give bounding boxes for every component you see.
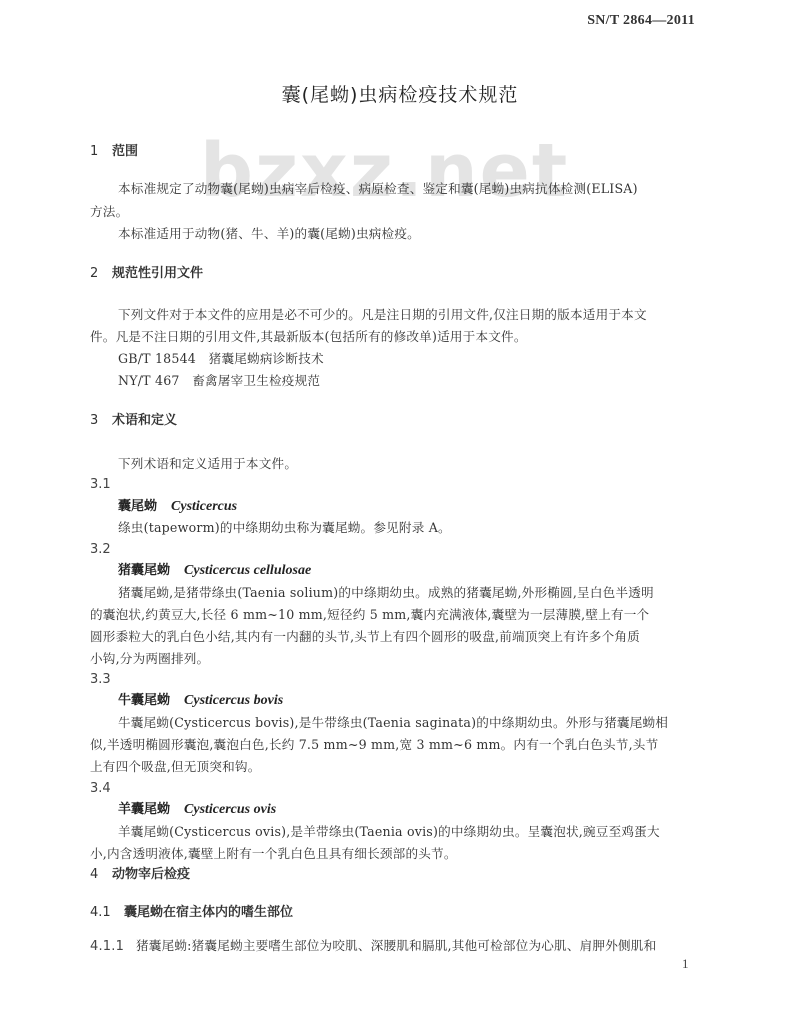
- section-title: 术语和定义: [112, 413, 177, 428]
- reference-item: GB/T 18544 猪囊尾蚴病诊断技术: [118, 350, 324, 368]
- term-number: 3.3: [90, 671, 111, 689]
- paragraph: 本标准适用于动物(猪、牛、羊)的囊(尾蚴)虫病检疫。: [118, 225, 420, 243]
- clause-number: 4.1.1: [90, 938, 136, 956]
- term-latin: Cysticercus cellulosae: [184, 563, 311, 578]
- term-name: 猪囊尾蚴: [118, 563, 170, 578]
- paragraph: 本标准规定了动物囊(尾蚴)虫病宰后检疫、病原检查、鉴定和囊(尾蚴)虫病抗体检测(…: [118, 180, 638, 198]
- term-heading: 囊尾蚴Cysticercus: [118, 498, 237, 516]
- section-title: 范围: [112, 144, 138, 159]
- document-title: 囊(尾蚴)虫病检疫技术规范: [0, 80, 800, 107]
- section-number: 1: [90, 143, 112, 161]
- paragraph: 猪囊尾蚴,是猪带绦虫(Taenia solium)的中绦期幼虫。成熟的猪囊尾蚴,…: [118, 584, 654, 602]
- clause-4-1-1: 4.1.1猪囊尾蚴:猪囊尾蚴主要嗜生部位为咬肌、深腰肌和膈肌,其他可检部位为心肌…: [90, 937, 656, 956]
- section-4-heading: 4动物宰后检疫: [90, 866, 190, 884]
- paragraph: 绦虫(tapeworm)的中绦期幼虫称为囊尾蚴。参见附录 A。: [118, 519, 451, 537]
- page-number: 1: [682, 956, 689, 972]
- reference-code: GB/T 18544: [118, 351, 196, 366]
- section-title: 规范性引用文件: [112, 266, 203, 281]
- term-number: 3.1: [90, 476, 111, 494]
- standard-code: SN/T 2864—2011: [587, 13, 695, 29]
- section-number: 3: [90, 412, 112, 430]
- paragraph: 羊囊尾蚴(Cysticercus ovis),是羊带绦虫(Taenia ovis…: [118, 823, 660, 841]
- section-number: 2: [90, 265, 112, 283]
- term-latin: Cysticercus: [171, 499, 237, 514]
- term-heading: 猪囊尾蚴Cysticercus cellulosae: [118, 562, 311, 580]
- reference-code: NY/T 467: [118, 373, 180, 388]
- section-2-heading: 2规范性引用文件: [90, 265, 203, 283]
- paragraph: 似,半透明椭圆形囊泡,囊泡白色,长约 7.5 mm~9 mm,宽 3 mm~6 …: [90, 736, 658, 754]
- paragraph: 牛囊尾蚴(Cysticercus bovis),是牛带绦虫(Taenia sag…: [118, 714, 668, 732]
- section-title: 动物宰后检疫: [112, 867, 190, 882]
- section-3-heading: 3术语和定义: [90, 412, 177, 430]
- paragraph: 的囊泡状,约黄豆大,长径 6 mm~10 mm,短径约 5 mm,囊内充满液体,…: [90, 606, 649, 624]
- term-heading: 牛囊尾蚴Cysticercus bovis: [118, 692, 283, 710]
- term-latin: Cysticercus bovis: [184, 693, 283, 708]
- paragraph: 小钩,分为两圈排列。: [90, 650, 209, 668]
- term-latin: Cysticercus ovis: [184, 802, 276, 817]
- paragraph: 下列术语和定义适用于本文件。: [118, 455, 297, 473]
- term-heading: 羊囊尾蚴Cysticercus ovis: [118, 801, 276, 819]
- section-1-heading: 1范围: [90, 143, 138, 161]
- reference-title: 猪囊尾蚴病诊断技术: [209, 351, 324, 366]
- section-number: 4: [90, 866, 112, 884]
- subsection-number: 4.1: [90, 904, 124, 922]
- term-number: 3.2: [90, 541, 111, 559]
- paragraph: 件。凡是不注日期的引用文件,其最新版本(包括所有的修改单)适用于本文件。: [90, 328, 527, 346]
- paragraph: 方法。: [90, 203, 128, 221]
- paragraph: 上有四个吸盘,但无顶突和钩。: [90, 758, 261, 776]
- term-name: 囊尾蚴: [118, 499, 157, 514]
- subsection-4-1-heading: 4.1囊尾蚴在宿主体内的嗜生部位: [90, 904, 293, 922]
- term-number: 3.4: [90, 780, 111, 798]
- term-name: 牛囊尾蚴: [118, 693, 170, 708]
- paragraph: 小,内含透明液体,囊壁上附有一个乳白色且具有细长颈部的头节。: [90, 845, 457, 863]
- subsection-title: 囊尾蚴在宿主体内的嗜生部位: [124, 905, 293, 920]
- term-name: 羊囊尾蚴: [118, 802, 170, 817]
- reference-title: 畜禽屠宰卫生检疫规范: [192, 373, 320, 388]
- reference-item: NY/T 467 畜禽屠宰卫生检疫规范: [118, 372, 320, 390]
- clause-text: 猪囊尾蚴:猪囊尾蚴主要嗜生部位为咬肌、深腰肌和膈肌,其他可检部位为心肌、肩胛外侧…: [136, 938, 656, 953]
- paragraph: 下列文件对于本文件的应用是必不可少的。凡是注日期的引用文件,仅注日期的版本适用于…: [118, 306, 647, 324]
- paragraph: 圆形黍粒大的乳白色小结,其内有一内翻的头节,头节上有四个圆形的吸盘,前端顶突上有…: [90, 628, 640, 646]
